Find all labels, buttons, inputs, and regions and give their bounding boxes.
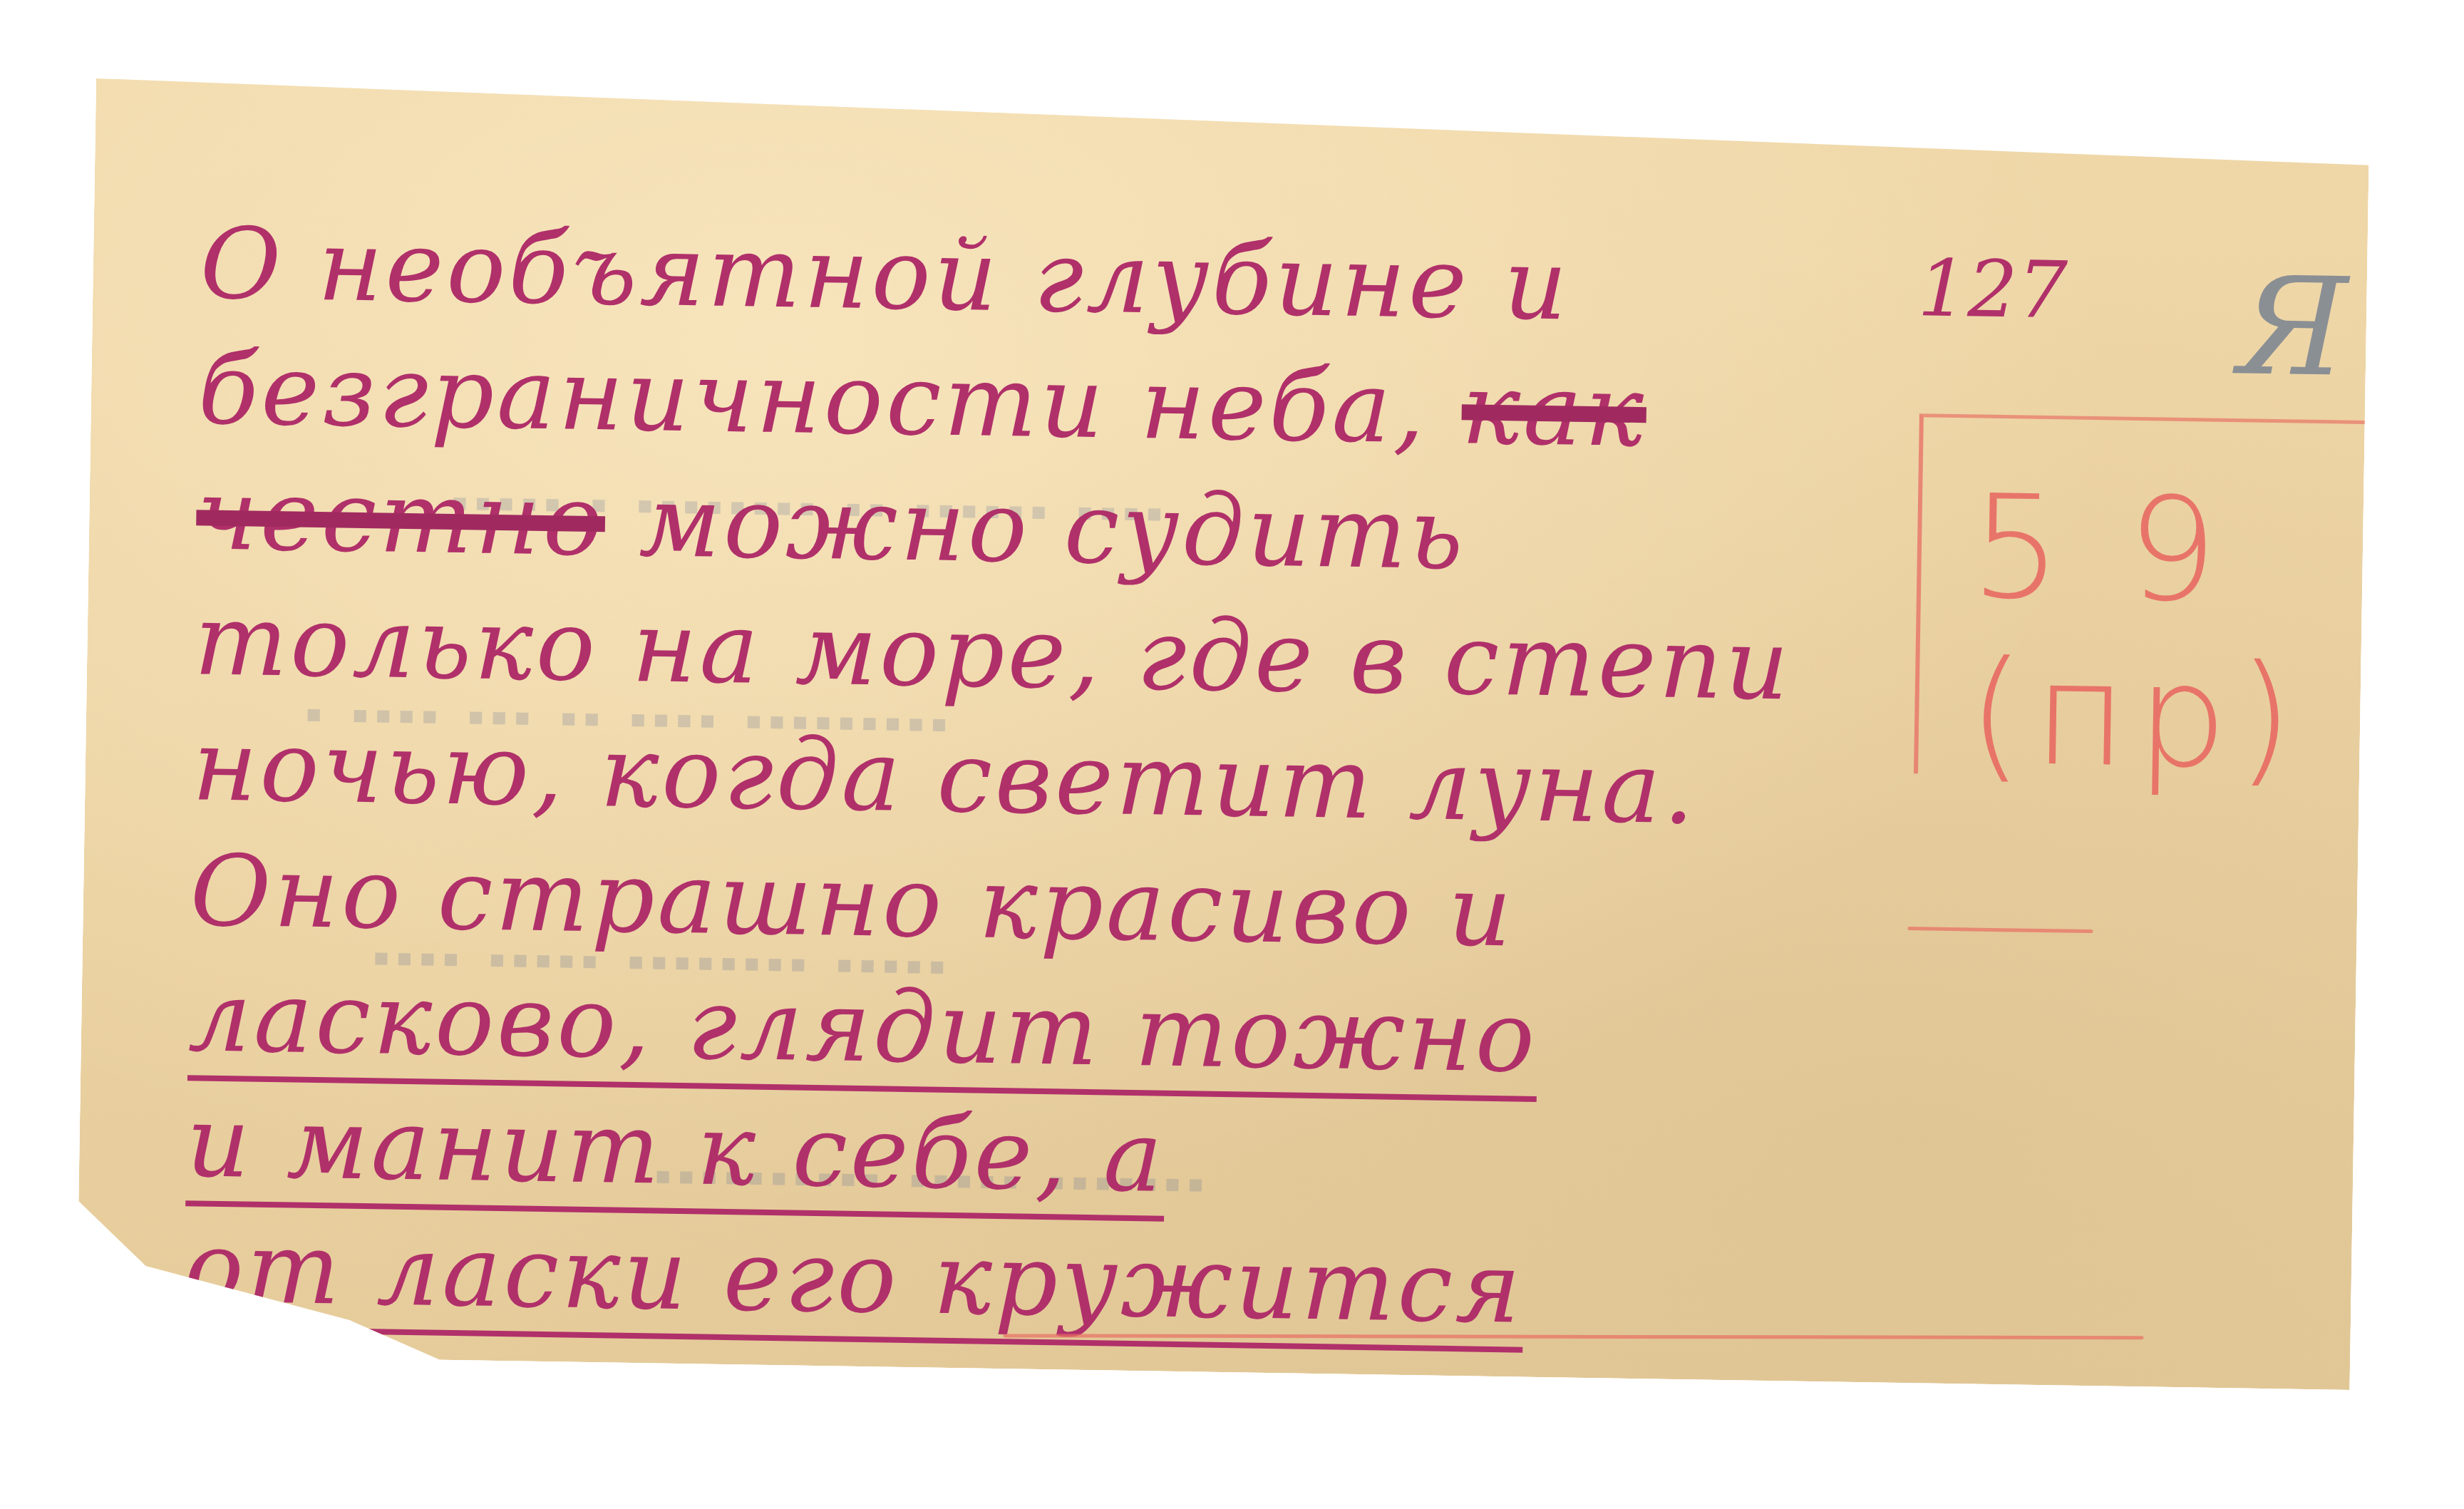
text-line-5: ночью, когда светит луна. xyxy=(191,703,1790,853)
grade-annotation: 5 9 (пр) xyxy=(1967,464,2364,803)
struck-word: как xyxy=(1461,351,1648,469)
paper-sheet: ▪▪▪▪ ▪▪▪▪▪▪ ▪▪ ▪▪▪▪▪▪▪▪ ▪ ▪▪▪▪▪ ▪▪▪▪▪▪▪▪… xyxy=(76,78,2370,1390)
text-line-4: только на море, где в степи xyxy=(193,577,1793,728)
line-text-underlined: от ласки его кружится xyxy=(183,1210,1524,1352)
line-text: О необъятной глубине и xyxy=(200,206,1571,342)
text-line-8: и манит к себе, а xyxy=(185,1079,1785,1230)
line-text-underlined: голова. xyxy=(182,1335,582,1463)
line-text: Оно страшно красиво и xyxy=(190,833,1515,969)
page-number-annotation: 127 xyxy=(1917,242,2068,336)
line-text: только на море, где в степи xyxy=(193,582,1792,722)
text-line-3: честно можно судить xyxy=(195,452,1795,602)
red-pencil-mark xyxy=(1908,927,2093,933)
line-text: ночью, когда светит луна. xyxy=(192,708,1698,846)
text-line-1: О необъятной глубине и xyxy=(200,201,1799,351)
line-text-underlined: ласково, глядит тожно xyxy=(187,959,1538,1102)
text-line-6: Оно страшно красиво и xyxy=(190,828,1789,979)
struck-word: честно xyxy=(195,457,606,578)
line-text: можно судить xyxy=(604,463,1467,592)
line-text-underlined: и манит к себе, а xyxy=(185,1084,1166,1222)
line-text: безграничности неба, xyxy=(197,331,1463,466)
text-line-2: безграничности неба, как xyxy=(197,326,1797,477)
text-line-9: от ласки его кружится xyxy=(183,1205,1783,1355)
text-line-10: голова. xyxy=(182,1330,1781,1480)
handwritten-body: О необъятной глубине и безграничности не… xyxy=(182,201,1798,1480)
pencil-initial-annotation: Я xyxy=(2237,247,2349,406)
ink-edge-mark xyxy=(2446,379,2459,458)
text-line-7: ласково, глядит тожно xyxy=(187,954,1787,1104)
